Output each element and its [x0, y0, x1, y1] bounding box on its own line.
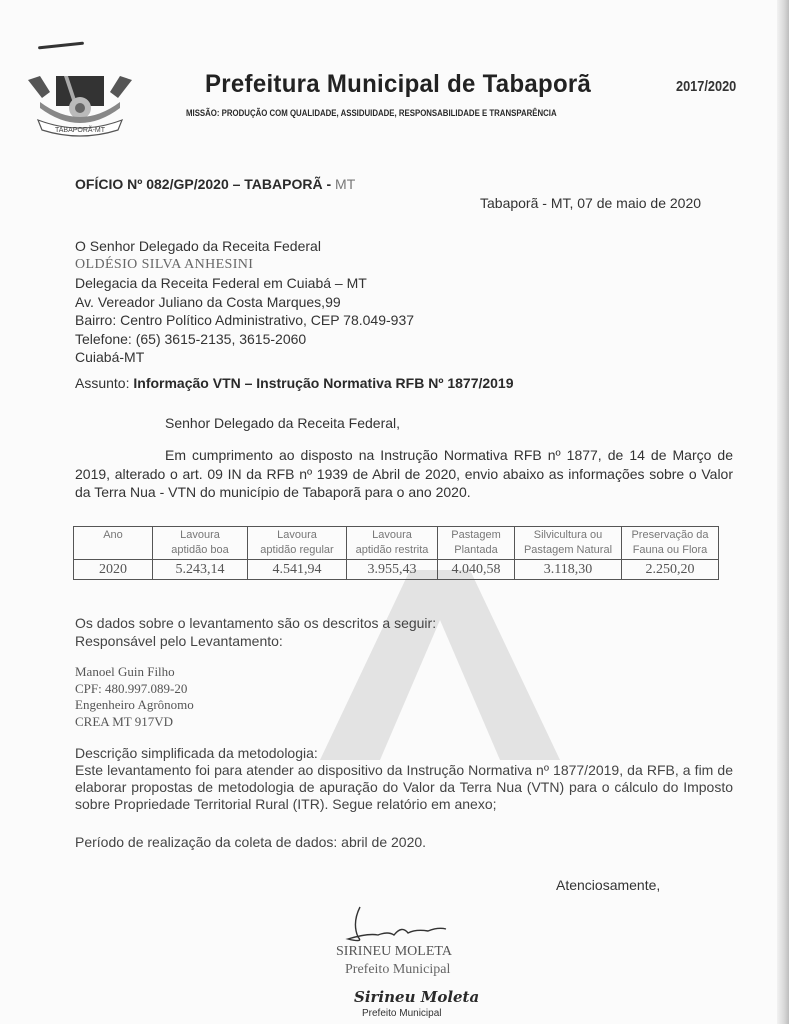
stamp-name: Sirineu Moleta [354, 988, 479, 1006]
oficio-number: OFÍCIO Nº 082/GP/2020 – TABAPORÃ - MT [75, 176, 355, 192]
salutation: Senhor Delegado da Receita Federal, [165, 415, 400, 431]
stamp-role: Prefeito Municipal [362, 1008, 441, 1019]
term-years: 2017/2020 [676, 78, 736, 95]
table-header-cell: Lavouraaptidão boa [153, 527, 248, 560]
responsible-details: Manoel Guin Filho CPF: 480.997.089-20 En… [75, 664, 194, 730]
table-header-row: AnoLavouraaptidão boaLavouraaptidão regu… [74, 527, 719, 560]
table-header-cell: Ano [74, 527, 153, 560]
table-header-cell: Lavouraaptidão restrita [347, 527, 438, 560]
crest-watermark [300, 560, 580, 760]
recipient-name: OLDÉSIO SILVA ANHESINI [75, 256, 414, 275]
table-cell: 2.250,20 [622, 560, 719, 580]
methodology: Descrição simplificada da metodologia: E… [75, 745, 733, 813]
table-cell: 5.243,14 [153, 560, 248, 580]
collection-period: Período de realização da coleta de dados… [75, 834, 426, 850]
subject-line: Assunto: Informação VTN – Instrução Norm… [75, 375, 514, 391]
body-paragraph: Em cumprimento ao disposto na Instrução … [75, 446, 733, 502]
table-header-cell: Preservação daFauna ou Flora [622, 527, 719, 560]
pen-mark [38, 42, 84, 50]
signatory-role: Prefeito Municipal [345, 962, 450, 978]
mission-statement: MISSÃO: PRODUÇÃO COM QUALIDADE, ASSIDUID… [186, 108, 557, 118]
survey-intro: Os dados sobre o levantamento são os des… [75, 614, 436, 650]
recipient-address: O Senhor Delegado da Receita Federal OLD… [75, 237, 414, 367]
closing: Atenciosamente, [556, 877, 660, 893]
handwritten-signature-icon [338, 903, 448, 948]
letter-date: Tabaporã - MT, 07 de maio de 2020 [480, 195, 701, 211]
table-cell: 2020 [74, 560, 153, 580]
svg-text:TABAPORÃ-MT: TABAPORÃ-MT [55, 125, 106, 134]
scanned-letter-page: TABAPORÃ-MT Prefeitura Municipal de Taba… [0, 0, 789, 1024]
table-header-cell: PastagemPlantada [438, 527, 515, 560]
table-header-cell: Silvicultura ouPastagem Natural [515, 527, 622, 560]
signatory-name: SIRINEU MOLETA [336, 944, 452, 960]
municipality-title: Prefeitura Municipal de Tabaporã [205, 70, 591, 99]
municipal-crest-icon: TABAPORÃ-MT [20, 72, 140, 142]
page-edge-shadow [777, 0, 789, 1024]
table-header-cell: Lavouraaptidão regular [248, 527, 347, 560]
